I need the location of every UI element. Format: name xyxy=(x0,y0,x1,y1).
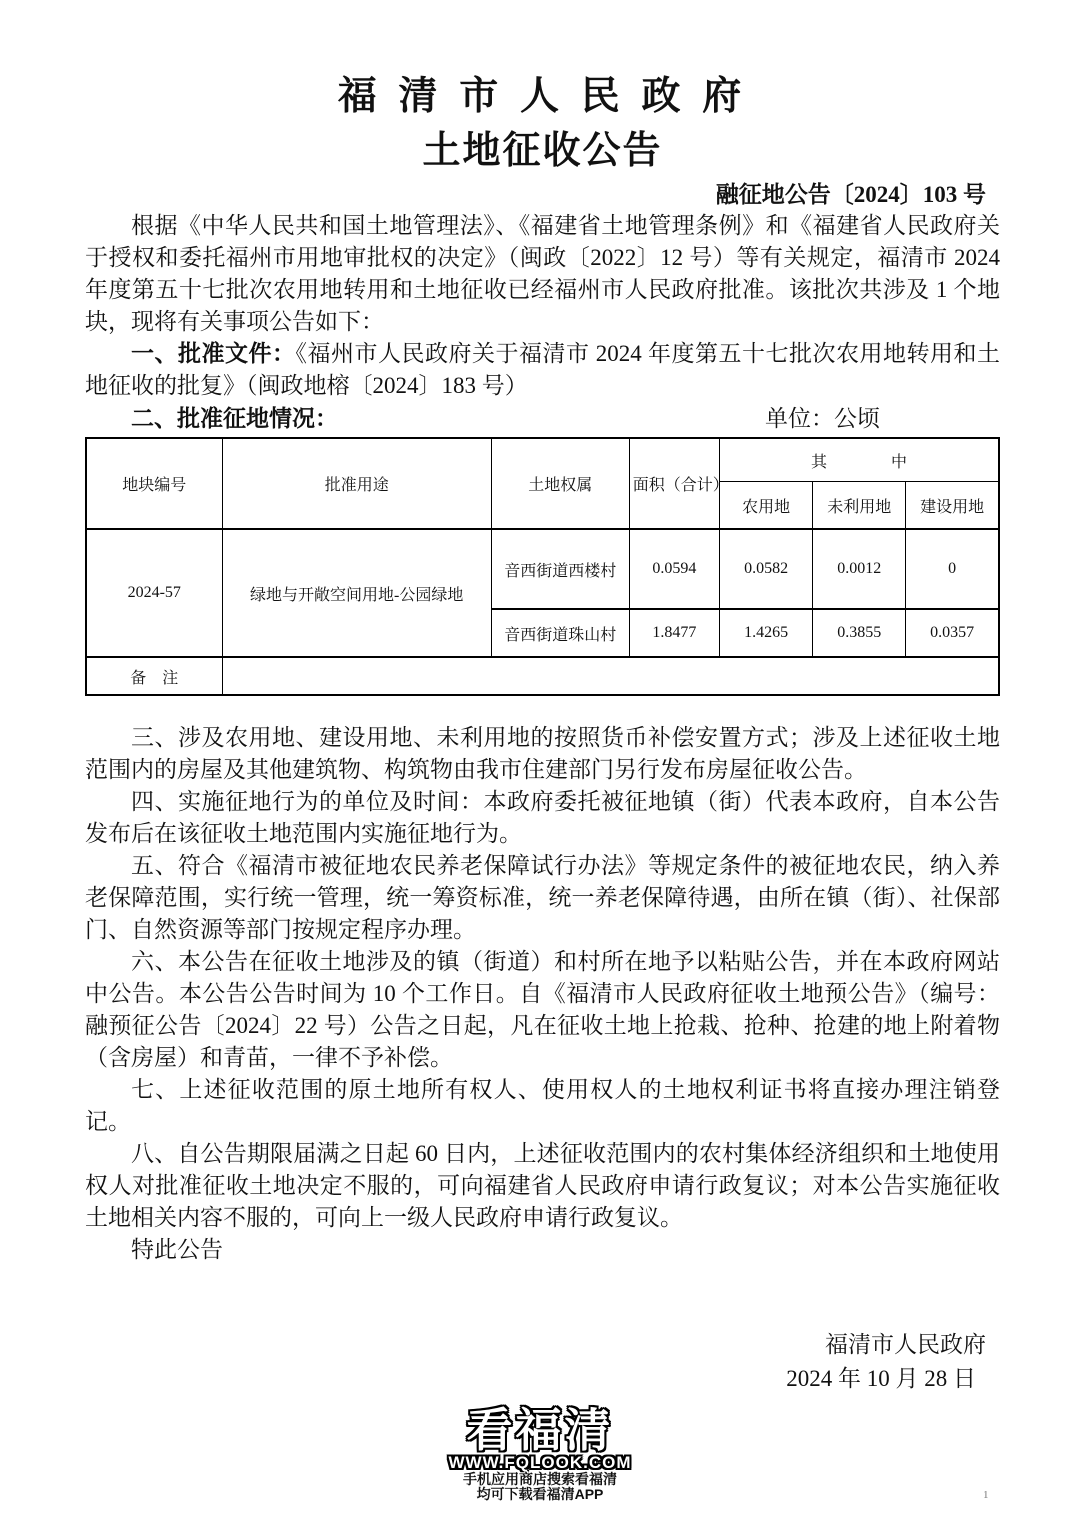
section-2-label: 二、批准征地情况： xyxy=(131,402,338,435)
header-agricultural: 农用地 xyxy=(720,482,813,530)
page-number: 1 xyxy=(983,1489,989,1501)
cell-agricultural: 0.0582 xyxy=(720,529,813,609)
table-header-row-1: 地块编号 批准用途 土地权属 面积（合计） 其 中 xyxy=(86,438,999,482)
section-8: 八、自公告期限届满之日起 60 日内，上述征收范围内的农村集体经济组织和土地使用… xyxy=(85,1138,1000,1234)
cell-construction: 0.0357 xyxy=(906,609,999,657)
header-among: 其 中 xyxy=(720,438,999,482)
section-4: 四、实施征地行为的单位及时间：本政府委托被征地镇（街）代表本政府，自本公告发布后… xyxy=(85,786,1000,850)
header-plot-no: 地块编号 xyxy=(86,438,222,529)
section-3: 三、涉及农用地、建设用地、未利用地的按照货币补偿安置方式；涉及上述征收土地范围内… xyxy=(85,722,1000,786)
org-title: 福 清 市 人 民 政 府 xyxy=(85,74,1000,120)
signature-org: 福清市人民政府 xyxy=(85,1328,1000,1362)
signature-date: 2024 年 10 月 28 日 xyxy=(85,1362,1000,1396)
cell-plot-no: 2024-57 xyxy=(86,529,222,657)
section-7: 七、上述征收范围的原土地所有权人、使用权人的土地权利证书将直接办理注销登记。 xyxy=(85,1074,1000,1138)
cell-unused: 0.3855 xyxy=(813,609,906,657)
watermark: 看福清 WWW.FQLOOK.COM 手机应用商店搜索看福清 均可下载看福清AP… xyxy=(0,1406,1080,1502)
header-unused: 未利用地 xyxy=(813,482,906,530)
header-construction: 建设用地 xyxy=(906,482,999,530)
signature-block: 福清市人民政府 2024 年 10 月 28 日 xyxy=(85,1328,1000,1396)
cell-construction: 0 xyxy=(906,529,999,609)
watermark-logo: 看福清 xyxy=(0,1406,1080,1454)
cell-ownership: 音西街道珠山村 xyxy=(491,609,629,657)
header-ownership: 土地权属 xyxy=(491,438,629,529)
cell-agricultural: 1.4265 xyxy=(720,609,813,657)
header-approved-use: 批准用途 xyxy=(222,438,491,529)
remark-value xyxy=(222,657,999,695)
unit-note: 单位：公顷 xyxy=(765,402,880,435)
header-total-area: 面积（合计） xyxy=(629,438,719,529)
cell-approved-use: 绿地与开敞空间用地-公园绿地 xyxy=(222,529,491,657)
watermark-caption-2: 均可下载看福清APP xyxy=(0,1487,1080,1502)
section-1-label: 一、批准文件： xyxy=(131,341,296,366)
closing-line: 特此公告 xyxy=(85,1234,1000,1266)
table-remark-row: 备 注 xyxy=(86,657,999,695)
watermark-caption-1: 手机应用商店搜索看福清 xyxy=(0,1472,1080,1487)
remark-label: 备 注 xyxy=(86,657,222,695)
doc-title: 土地征收公告 xyxy=(85,128,1000,174)
approved-land-table: 地块编号 批准用途 土地权属 面积（合计） 其 中 农用地 未利用地 建设用地 … xyxy=(85,437,1000,696)
table-row: 2024-57 绿地与开敞空间用地-公园绿地 音西街道西楼村 0.0594 0.… xyxy=(86,529,999,609)
section-5: 五、符合《福清市被征地农民养老保障试行办法》等规定条件的被征地农民，纳入养老保障… xyxy=(85,850,1000,946)
section-2: 二、批准征地情况： 单位：公顷 xyxy=(85,402,1000,435)
watermark-website: WWW.FQLOOK.COM xyxy=(0,1454,1080,1472)
section-1: 一、批准文件：《福州市人民政府关于福清市 2024 年度第五十七批次农用地转用和… xyxy=(85,338,1000,402)
cell-ownership: 音西街道西楼村 xyxy=(491,529,629,609)
cell-unused: 0.0012 xyxy=(813,529,906,609)
document-page: 福 清 市 人 民 政 府 土地征收公告 融征地公告〔2024〕103 号 根据… xyxy=(0,0,1080,1527)
intro-paragraph: 根据《中华人民共和国土地管理法》、《福建省土地管理条例》和《福建省人民政府关于授… xyxy=(85,210,1000,338)
section-6: 六、本公告在征收土地涉及的镇（街道）和村所在地予以粘贴公告，并在本政府网站中公告… xyxy=(85,946,1000,1074)
doc-number: 融征地公告〔2024〕103 号 xyxy=(85,180,1000,210)
cell-total: 1.8477 xyxy=(629,609,719,657)
cell-total: 0.0594 xyxy=(629,529,719,609)
